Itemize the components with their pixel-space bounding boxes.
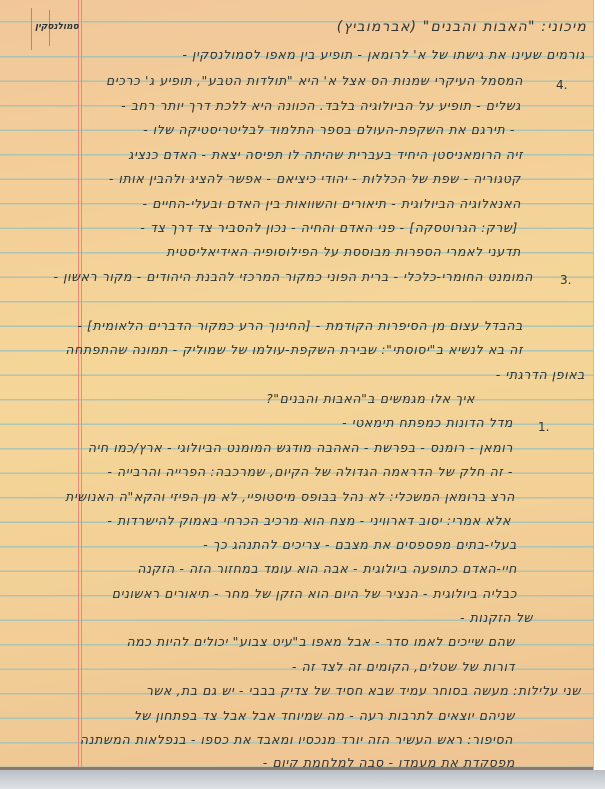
blue-rule-lines xyxy=(0,0,593,770)
section-heading: באופן הדרגתי - xyxy=(496,366,585,384)
text-line: רומאן - רומנס - בפרשת - האהבה מודגש המומ… xyxy=(88,439,513,457)
text-line: שניהם יוצאים לתרבות רעה - מה שמיוחד אבל … xyxy=(134,707,515,725)
item-number: 4. xyxy=(556,78,567,92)
text-line: תדעני לאמרי הספרות מבוססת על הפילוסופיה … xyxy=(166,243,521,261)
text-line: שני עלילות: מעשה בסוחר עמיד שבא חסיד של … xyxy=(146,682,581,700)
text-line: - זה חלק של הדראמה הגדולה של הקיום, שמרכ… xyxy=(107,463,513,481)
red-margin-line xyxy=(81,0,82,770)
text-line: בהבדל עצום מן הסיפרות הקודמת - [החינוך ה… xyxy=(77,317,523,335)
notebook-page: סמולנסקין מיכוני: "האבות והבנים" (אברמוב… xyxy=(0,0,593,770)
item-number: 1. xyxy=(538,420,549,434)
text-line: איך אלו מגמשים ב"האבות והבנים"? xyxy=(266,390,475,408)
page-title: מיכוני: "האבות והבנים" (אברמוביץ) xyxy=(337,18,587,36)
text-line: אלא אמרי: יסוב דארוויני - מצח הוא מרכיב … xyxy=(107,512,511,530)
text-line: המומנט החומרי-כלכלי - ברית הפוני כמקור ה… xyxy=(53,268,533,286)
text-line: שהם שייכים לאמו סדר - אבל מאפו ב"עיט צבו… xyxy=(127,633,515,651)
scanner-background xyxy=(0,770,605,789)
text-line: זה בא לנשיא ב"יסוסתי": שבירת השקפת-עולמו… xyxy=(65,341,523,359)
text-line: בעלי-בתים מפספסים את מצבם - צריכים להתנה… xyxy=(203,536,517,554)
text-line: - תירגם את השקפת-העולם בספר התלמוד לבליט… xyxy=(143,121,515,139)
text-line: חיי-האדם כתופעה ביולוגית - אבה הוא עומד … xyxy=(137,560,517,578)
item-number: 3. xyxy=(560,273,571,287)
text-line: של הזקנות - xyxy=(460,609,533,627)
margin-note: סמולנסקין xyxy=(35,18,79,36)
text-line: מדל הדונות כמפתח תימאטי - xyxy=(342,414,513,432)
text-line: דורות של שטלים, הקומים זה לצד זה - xyxy=(292,658,515,676)
text-line: הרצ ברומאן המשכלי: לא נהל בבופס מיסטופיי… xyxy=(65,488,515,506)
text-line: זיה הרומאניסטן היחיד בעברית שהיתה לו תפי… xyxy=(128,146,523,164)
text-line: המסמל העיקרי שמנות הס אצל א' היא "תולדות… xyxy=(106,72,523,90)
text-line: קטגוריה - שפת של הכללות - יהודי כיציאם -… xyxy=(109,170,521,188)
text-line: הסיפור: ראש העשיר הזה יורד מנכסיו ומאבד … xyxy=(80,731,513,749)
text-line: האנאלוגיה הביולוגית - תיאורים והשוואות ב… xyxy=(143,195,521,213)
text-line: גורמים שעינו את גישתו של א' לרומאן - תופ… xyxy=(182,46,585,64)
text-line: כבליה ביולוגית - הנציר של היום הוא הזקן … xyxy=(112,585,517,603)
margin-pencil-mark xyxy=(31,8,32,50)
red-margin-line xyxy=(78,0,79,770)
text-line: מפסקדת את מעמדו - סבה למלחמת קיום - xyxy=(263,754,515,770)
text-line: גשלים - תופיע על הביולוגיה בלבד. הכוונה … xyxy=(121,97,521,115)
text-line: [שרק: הגרוטסקה] - פני האדם והחיה - נכון … xyxy=(140,219,518,237)
